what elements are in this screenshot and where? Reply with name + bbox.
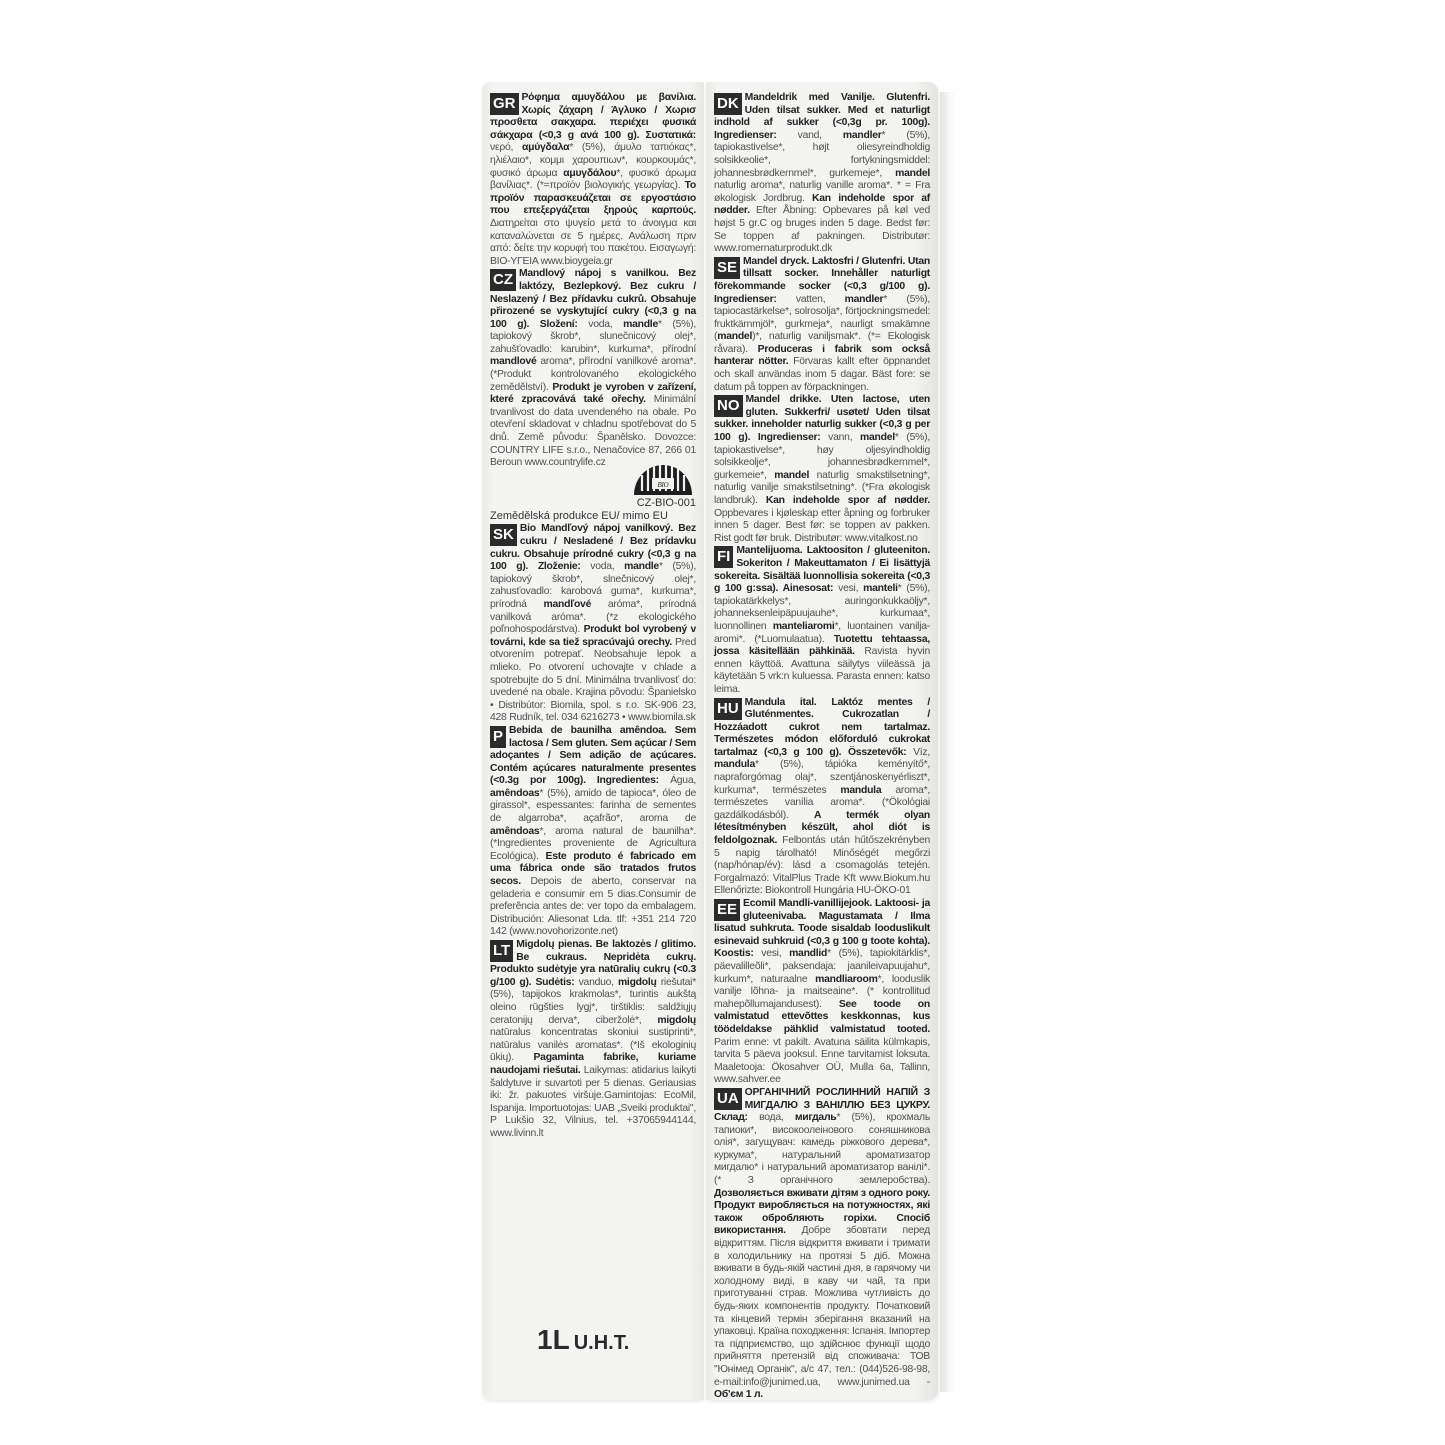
allergen-text: mandula [714,759,755,770]
carton-side-panel: GR Ρόφημα αμυγδάλου με βανίλια. Χωρίς ζά… [482,82,956,1400]
section-text: Parim enne: vt pakilt. Avatuna säilita k… [714,1037,930,1086]
section-fi: FI Mantelijuoma. Laktoositon / gluteenit… [714,545,930,696]
section-text: Minimální trvanlivost do data uvendeného… [490,394,696,468]
language-badge: FI [714,546,733,568]
language-badge: SE [714,257,740,279]
section-text: vanduo, [574,977,617,988]
section-text: Laikymas: atidarius laikyti šaldytuve ir… [490,1065,696,1139]
language-badge: UA [714,1088,742,1110]
section-title: Ρόφημα αμυγδάλου με βανίλια. Χωρίς ζάχαρ… [490,92,696,141]
allergen-text: мигдаль [795,1112,837,1123]
allergen-text: mandlové [490,356,537,367]
allergen-text: amêndoas [490,788,539,799]
section-ee: EE Ecomil Mandli-vanillijejook. Laktoosi… [714,898,930,1087]
section-text: vesi, [754,948,789,959]
section-text: вода, [748,1112,795,1123]
section-text: νερό, [490,142,522,153]
left-panel: GR Ρόφημα αμυγδάλου με βανίλια. Χωρίς ζά… [482,82,704,1400]
allergen-text: amêndoas [490,826,539,837]
section-sk: SK Bio Mandľový nápoj vanilkový. Bez cuk… [490,523,696,725]
allergen-text: mandlid [789,948,827,959]
allergen-text: mandler [845,294,884,305]
volume-label: 1LU.H.T. [537,1324,629,1356]
warning-text: Kan indeholde spor af nødder. [766,495,930,506]
allergen-text: manteliaromi [773,621,835,632]
section-text: Pred otvorením potrepať. Neobsahuje lepo… [490,637,696,724]
organic-origin-text: Zemědělská produkce EU/ mimo EU [490,510,696,523]
section-text: Víz, [906,747,930,758]
section-cz: CZ Mandlový nápoj s vanilkou. Bez laktóz… [490,268,696,522]
section-text: Διατηρείται στο ψυγείο μετά το άνοιγμα κ… [490,218,696,267]
section-text: Oppbevares i kjøleskap etter åpning og f… [714,508,930,544]
right-panel: DK Mandeldrik med Vanilje. Glutenfri. Ud… [706,82,938,1400]
section-text: Depois de aberto, conservar na geladeria… [490,876,696,937]
language-badge: GR [490,93,519,115]
organic-certification-code: CZ-BIO-001 [490,497,696,510]
svg-text:BIO: BIO [658,481,669,489]
left-panel-text: GR Ρόφημα αμυγδάλου με βανίλια. Χωρίς ζά… [490,92,696,1141]
volume-value: 1L [537,1324,570,1355]
allergen-text: αμύγδαλα [522,142,569,153]
allergen-text: mandel [895,168,930,179]
section-gr: GR Ρόφημα αμυγδάλου με βανίλια. Χωρίς ζά… [490,92,696,268]
language-badge: CZ [490,269,516,291]
section-text: vesi, [833,583,863,594]
language-badge: DK [714,93,742,115]
section-se: SE Mandel dryck. Laktosfri / Glutenfri. … [714,256,930,395]
allergen-text: mandľové [543,599,591,610]
allergen-text: αμυγδάλου [563,168,616,179]
allergen-text: mandler [843,130,882,141]
allergen-text: mandliaroom [815,974,878,985]
allergen-text: mandle [623,319,658,330]
section-text: voda, [581,561,624,572]
volume-text: Об'єм 1 л. [714,1389,763,1400]
allergen-text: mandle [624,561,659,572]
allergen-text: mandel [717,331,752,342]
language-badge: SK [490,524,517,546]
section-dk: DK Mandeldrik med Vanilje. Glutenfri. Ud… [714,92,930,256]
allergen-text: manteli [863,583,898,594]
section-ua: UA ОРГАНІЧНИЙ РОСЛИННИЙ НАПІЙ З МИГДАЛЮ … [714,1087,930,1402]
section-text: Água, [659,775,696,786]
language-badge: LT [490,940,513,962]
section-p: P Bebida de baunilha amêndoa. Sem lactos… [490,725,696,939]
allergen-text: mandel [774,470,809,481]
section-text: vann, [820,432,860,443]
section-no: NO Mandel drikke. Uten lactose, uten glu… [714,394,930,545]
allergen-text: mandula [840,785,881,796]
section-lt: LT Migdolų pienas. Be laktozės / glitimo… [490,939,696,1141]
carton-edge [940,92,956,1392]
section-text: vatten, [777,294,845,305]
organic-emblem-icon: BIO [632,461,694,497]
section-title: Mandula ital. Laktóz mentes / Gluténment… [714,697,930,758]
uht-label: U.H.T. [574,1332,630,1354]
allergen-text: migdolų [618,977,657,988]
language-badge: EE [714,899,740,921]
language-badge: NO [714,395,743,417]
allergen-text: migdolų [657,1015,696,1026]
right-panel-text: DK Mandeldrik med Vanilje. Glutenfri. Ud… [714,92,930,1402]
section-text: vand, [777,130,843,141]
section-text: voda, [578,319,623,330]
allergen-text: mandel [860,432,895,443]
section-text: Добре збовтати перед відкриттям. Після в… [714,1225,930,1387]
language-badge: P [490,726,506,748]
section-hu: HU Mandula ital. Laktóz mentes / Gluténm… [714,697,930,899]
section-text: мигдалю* і натуральний ароматизатор вані… [714,1162,930,1186]
language-badge: HU [714,698,742,720]
